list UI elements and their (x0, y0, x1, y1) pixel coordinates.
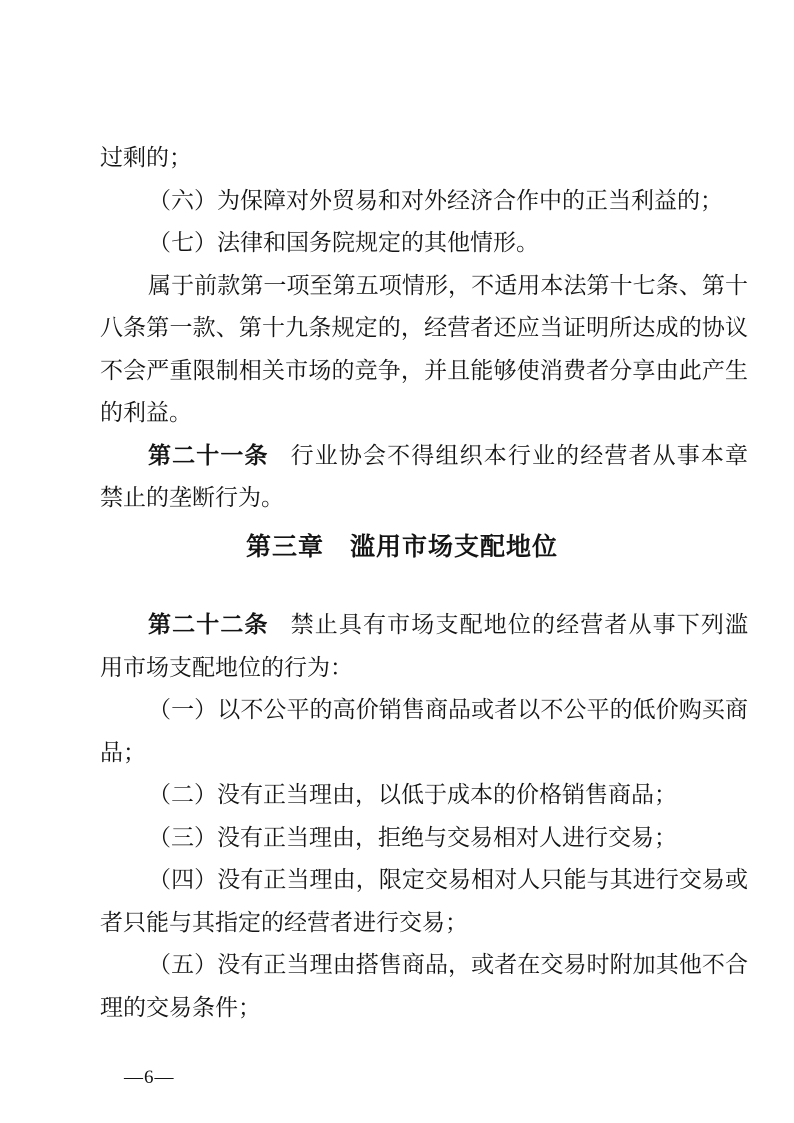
body-line: 的利益。 (100, 392, 748, 435)
blank-line (100, 568, 748, 604)
body-line: 八条第一款、第十九条规定的，经营者还应当证明所达成的协议 (100, 307, 748, 350)
body-line: 不会严重限制相关市场的竞争，并且能够使消费者分享由此产生 (100, 350, 748, 393)
article-number-label: 第二十二条 (148, 612, 269, 638)
article-number-label: 第二十一条 (148, 443, 269, 469)
body-line: 禁止的垄断行为。 (100, 477, 748, 520)
article-text: 行业协会不得组织本行业的经营者从事本章 (291, 443, 748, 468)
article-line: 第二十二条禁止具有市场支配地位的经营者从事下列滥 (100, 604, 748, 647)
chapter-heading: 第三章 滥用市场支配地位 (78, 526, 726, 569)
body-line: 理的交易条件； (100, 987, 748, 1030)
body-line: 者只能与其指定的经营者进行交易； (100, 902, 748, 945)
body-line: （四）没有正当理由，限定交易相对人只能与其进行交易或 (100, 859, 748, 902)
document-page: 过剩的； （六）为保障对外贸易和对外经济合作中的正当利益的； （七）法律和国务院… (0, 0, 794, 1123)
body-line: （三）没有正当理由，拒绝与交易相对人进行交易； (100, 817, 748, 860)
body-line: 品； (100, 732, 748, 775)
body-line: （七）法律和国务院规定的其他情形。 (100, 222, 748, 265)
body-line: 属于前款第一项至第五项情形，不适用本法第十七条、第十 (100, 265, 748, 308)
document-body: 过剩的； （六）为保障对外贸易和对外经济合作中的正当利益的； （七）法律和国务院… (100, 137, 748, 1029)
page-footer: —6— (124, 1066, 175, 1090)
article-line: 第二十一条行业协会不得组织本行业的经营者从事本章 (100, 435, 748, 478)
body-line: 用市场支配地位的行为： (100, 647, 748, 690)
body-line: （六）为保障对外贸易和对外经济合作中的正当利益的； (100, 180, 748, 223)
body-line: （一）以不公平的高价销售商品或者以不公平的低价购买商 (100, 689, 748, 732)
article-text: 禁止具有市场支配地位的经营者从事下列滥 (291, 612, 748, 637)
body-line: （五）没有正当理由搭售商品，或者在交易时附加其他不合 (100, 944, 748, 987)
body-line: 过剩的； (100, 137, 748, 180)
page-number: —6— (124, 1067, 175, 1088)
body-line: （二）没有正当理由，以低于成本的价格销售商品； (100, 774, 748, 817)
